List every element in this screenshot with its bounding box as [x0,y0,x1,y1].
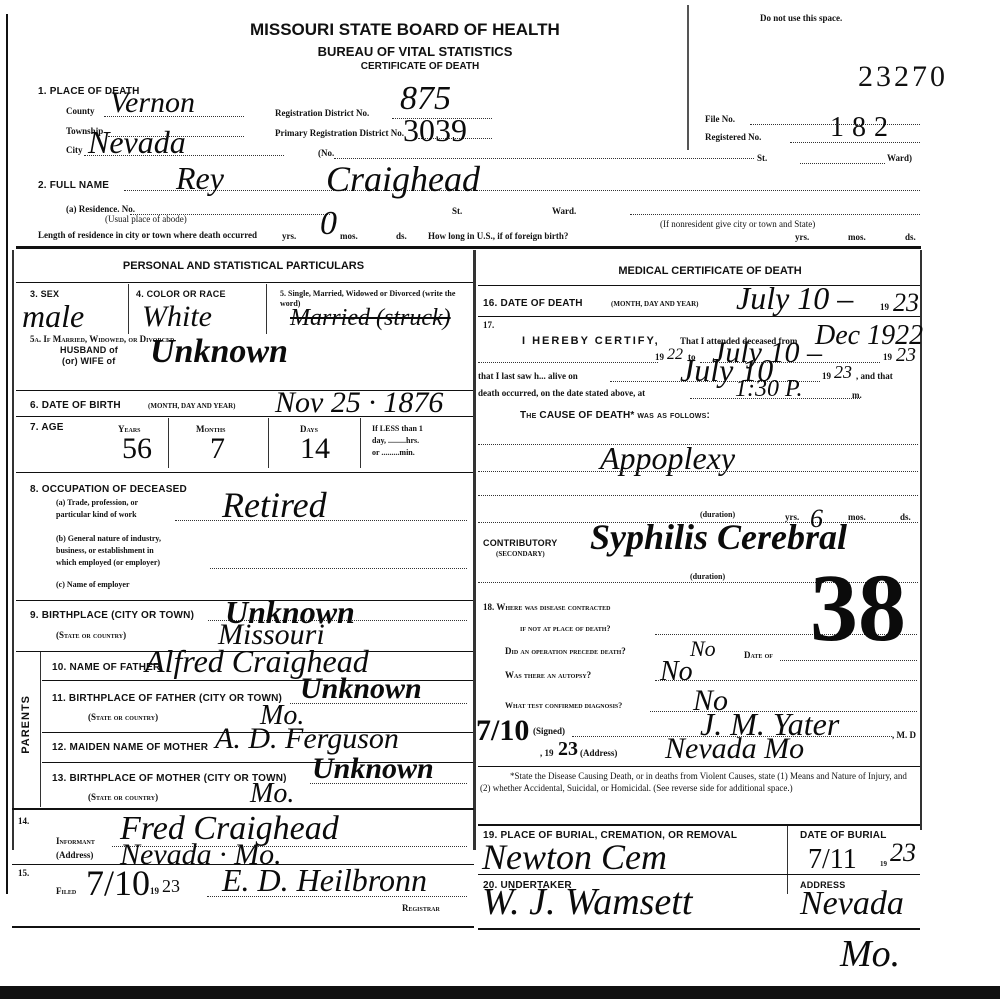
contributory-sub-label: (SECONDARY) [496,550,545,558]
file-no-label: File No. [705,114,735,124]
cause-label: The CAUSE OF DEATH* was as follows: [520,410,710,421]
occ-a-label-2: particular kind of work [56,510,137,519]
parents-divider [40,652,41,807]
filed-year-prefix: 19 [150,886,159,896]
autopsy-value: No [660,656,693,688]
margin-note-38: 38 [810,560,906,656]
duration-ds-label: ds. [900,512,911,522]
informant-label: Informant [56,836,95,846]
from-year-prefix: 19 [655,352,664,362]
rule [478,824,920,826]
cause-line-2 [478,471,918,472]
filed-year-value: 23 [162,876,180,897]
rule [266,284,267,334]
sex-value: male [22,298,84,335]
certificate-number: 23270 [858,60,948,94]
last-name-value: Craighead [326,158,480,200]
full-name-label: 2. FULL NAME [38,180,109,191]
operation-value: No [690,636,716,662]
length-mos-label: mos. [340,231,358,241]
left-border [6,14,8,894]
city-label: City [66,145,83,155]
city-value: Nevada [88,124,186,161]
cause-footnote: *State the Disease Causing Death, or in … [480,770,915,794]
burial-date-value: 7/11 [808,844,857,876]
primary-district-value: 3039 [403,112,467,149]
to-year-prefix: 19 [883,352,892,362]
burial-year-value: 23 [890,838,916,868]
form-title: MISSOURI STATE BOARD OF HEALTH [250,20,550,40]
num-17: 17. [483,320,494,330]
length-ds-label: ds. [396,231,407,241]
father-bp-city-value: Unknown [300,672,422,706]
dob-value: Nov 25 · 1876 [275,386,443,420]
race-label: 4. COLOR OR RACE [136,289,226,299]
occ-b-line [210,568,467,569]
occ-c-label: (c) Name of employer [56,580,130,589]
county-label: County [66,106,95,116]
registered-no-value: 182 [830,112,896,144]
dod-label: 16. DATE OF DEATH [483,298,583,309]
spouse-label-3: (or) WIFE of [62,356,115,366]
ward-label: Ward) [887,153,912,163]
us-ds-label: ds. [905,232,916,242]
rule [16,416,473,417]
burial-year-prefix: 19 [880,860,887,868]
date-of-label: Date of [744,650,773,660]
occ-b-label-3: which employed (or employer) [56,558,160,567]
md-label: , M. D [892,730,916,740]
age-label: 7. AGE [30,422,64,433]
contrib-duration-label: (duration) [690,572,725,581]
last-saw-year-prefix: 19 [822,371,831,381]
burial-divider [787,826,788,894]
sig-year-prefix: , 19 [540,748,554,758]
spouse-value: Unknown [150,333,288,371]
left-box-border [12,250,14,850]
less-label-1: If LESS than 1 [372,424,423,433]
length-residence-label: Length of residence in city or town wher… [38,230,257,240]
rule [478,285,920,286]
occ-b-label-1: (b) General nature of industry, [56,534,161,543]
rule [478,766,920,767]
burial-address-line1: Nevada [800,885,904,923]
occ-b-label-2: business, or establishment in [56,546,154,555]
time-suffix: m. [852,390,862,400]
rule [128,284,129,334]
street-no-label: (No. [318,148,334,158]
street-st-label: St. [757,153,767,163]
operation-date-line [780,660,917,661]
dod-year-value: 23 [893,288,919,318]
marital-value: Married (struck) [290,305,451,332]
signed-label: (Signed) [533,726,565,736]
residence-ward-label: Ward. [552,206,576,216]
dod-year-prefix: 19 [880,302,889,312]
mother-label: 12. MAIDEN NAME OF MOTHER [52,742,208,753]
operation-label: Did an operation precede death? [505,646,626,656]
sig-year-value: 23 [558,738,578,761]
us-length-label: How long in U.S., if of foreign birth? [428,231,568,241]
contributory-label: CONTRIBUTORY [483,538,557,548]
sig-address-label: (Address) [580,748,617,758]
primary-district-label: Primary Registration District No. [275,128,404,138]
time-value: 1:30 P. [735,376,803,403]
form-subtitle: BUREAU OF VITAL STATISTICS [290,44,540,59]
office-note: Do not use this space. [760,13,842,23]
duration-mos-label: mos. [848,512,866,522]
last-saw-year-value: 23 [834,362,852,383]
rule [478,928,920,930]
rule [12,926,474,928]
race-value: White [142,300,212,334]
medical-section-title: MEDICAL CERTIFICATE OF DEATH [590,265,830,277]
rule [168,418,169,468]
autopsy-line [655,680,917,681]
nonresident-line [630,214,920,215]
burial-address-line2: Mo. [840,932,900,976]
burial-date-label: DATE OF BURIAL [800,830,887,841]
mother-bp-state-label: (State or country) [88,792,158,802]
burial-place-value: Newton Cem [482,836,667,878]
less-label-2: day, .........hrs. [372,436,419,445]
mother-bp-city-value: Unknown [312,752,434,786]
and-that-label: , and that [856,371,893,381]
dod-sub-label: (MONTH, DAY AND YEAR) [611,300,699,308]
registered-no-label: Registered No. [705,132,761,142]
scan-bottom-edge [0,986,1000,999]
occupation-label: 8. OCCUPATION OF DECEASED [30,484,187,495]
us-yrs-label: yrs. [795,232,809,242]
informant-address-label: (Address) [56,850,93,860]
months-value: 7 [210,432,225,466]
header-bottom-rule [16,246,921,249]
informant-num: 14. [18,816,29,826]
residence-st-label: St. [452,206,462,216]
contracted-label: 18. Where was disease contracted [483,602,610,612]
rule [360,418,361,468]
length-yrs-label: yrs. [282,231,296,241]
filed-date-value: 7/10 [86,862,150,904]
from-line [478,362,658,363]
mother-bp-state-value: Mo. [250,778,294,810]
father-bp-state-label: (State or country) [88,712,158,722]
mother-value: A. D. Ferguson [215,722,399,756]
autopsy-label: Was there an autopsy? [505,670,591,680]
sig-address-value: Nevada Mo [665,732,804,766]
length-residence-value: 0 [320,205,337,243]
occupation-value: Retired [222,484,327,526]
form-name: CERTIFICATE OF DEATH [330,61,510,72]
first-name-value: Rey [176,160,224,197]
rule [478,316,920,317]
us-mos-label: mos. [848,232,866,242]
certify-label: I HEREBY CERTIFY, [522,335,660,347]
registrar-value: E. D. Heilbronn [222,862,427,899]
parents-side-label: PARENTS [20,695,32,754]
occ-a-label-1: (a) Trade, profession, or [56,498,138,507]
registrar-label: Registrar [402,903,440,913]
personal-section-title: PERSONAL AND STATISTICAL PARTICULARS [16,260,471,272]
undertaker-value: W. J. Wamsett [482,880,692,924]
not-at-place-label: if not at place of death? [520,624,610,633]
ward-line [800,163,885,164]
days-value: 14 [300,432,330,466]
rule [268,418,269,468]
rule [16,472,473,473]
dod-value: July 10 – [736,280,853,317]
years-value: 56 [122,432,152,466]
residence-sub-label: (Usual place of abode) [105,214,187,224]
birthplace-label: 9. BIRTHPLACE (CITY OR TOWN) [30,610,194,621]
filed-label: Filed [56,886,76,896]
spouse-label-2: HUSBAND of [60,345,118,355]
center-divider [473,250,476,850]
dob-label: 6. DATE OF BIRTH [30,400,121,411]
last-saw-label: that I last saw h... alive on [478,371,578,381]
rule [478,874,920,875]
cause-line-3 [478,495,918,496]
filed-num: 15. [18,868,29,878]
test-label: What test confirmed diagnosis? [505,701,622,710]
header-divider [687,5,689,150]
father-bp-label: 11. BIRTHPLACE OF FATHER (CITY OR TOWN) [52,693,282,704]
rule [16,282,473,283]
reg-district-label: Registration District No. [275,108,369,118]
contributory-value: Syphilis Cerebral [590,516,847,558]
residence-label: (a) Residence. No. [66,204,135,214]
occurred-label: death occurred, on the date stated above… [478,388,645,398]
signed-date-value: 7/10 [476,714,529,748]
county-value: Vernon [110,86,195,120]
birthplace-state-label: (State or country) [56,630,126,640]
nonresident-note: (If nonresident give city or town and St… [660,219,815,229]
dob-sub-label: (MONTH, DAY AND YEAR) [148,402,236,410]
full-name-line [124,190,920,191]
to-year-value: 23 [896,344,916,367]
less-label-3: or .........min. [372,448,415,457]
